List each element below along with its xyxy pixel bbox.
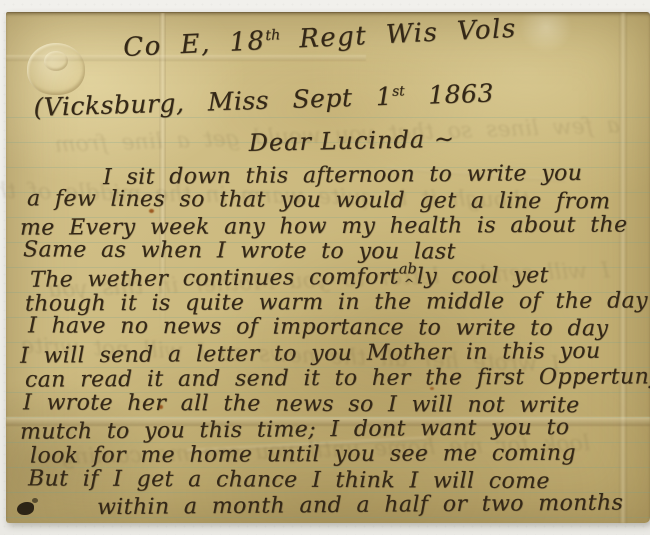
place-text: (Vicksburg, Miss [33, 86, 269, 122]
letter-line-9: can read it and send it to her the first… [20, 364, 650, 393]
salutation: Dear Lucinda ~ [248, 125, 455, 157]
letter-line-2: a few lines so that you would get a line… [20, 187, 650, 216]
year-text: 1863 [404, 79, 494, 111]
line-text: The wether continues comfort [30, 264, 399, 292]
letter-content: Co E, 18th Regt Wis Vols (Vicksburg, Mis… [6, 13, 650, 523]
regiment-header: Co E, 18th Regt Wis Vols [123, 14, 518, 63]
letter-scan-background: a few lines so that you would get a line… [0, 0, 650, 535]
line-text: ly cool yet [417, 263, 549, 289]
letter-line-3: me Every week any how my health is about… [20, 212, 650, 241]
letter-line-12: look for me home until you see me coming [20, 441, 650, 470]
dateline: (Vicksburg, Miss Sept 1st 1863 [33, 79, 494, 122]
letter-paper: a few lines so that you would get a line… [6, 12, 650, 523]
regiment-header-text: Co E, 18 [123, 26, 267, 63]
letter-line-6: though it is quite warm in the middle of… [20, 288, 650, 317]
ordinal-superscript: th [265, 27, 281, 44]
letter-line-4: Same as when I wrote to you last [20, 237, 650, 266]
letter-body: I sit down this afternoon to write you a… [20, 163, 650, 518]
letter-line-14: within a month and a half or two months [20, 490, 650, 521]
regiment-header-text: Regt Wis Vols [280, 14, 518, 56]
letter-line-7: I have no news of importance to write to… [20, 314, 650, 343]
ordinal-superscript: st [392, 83, 405, 99]
date-text: Sept 1 [269, 82, 393, 115]
